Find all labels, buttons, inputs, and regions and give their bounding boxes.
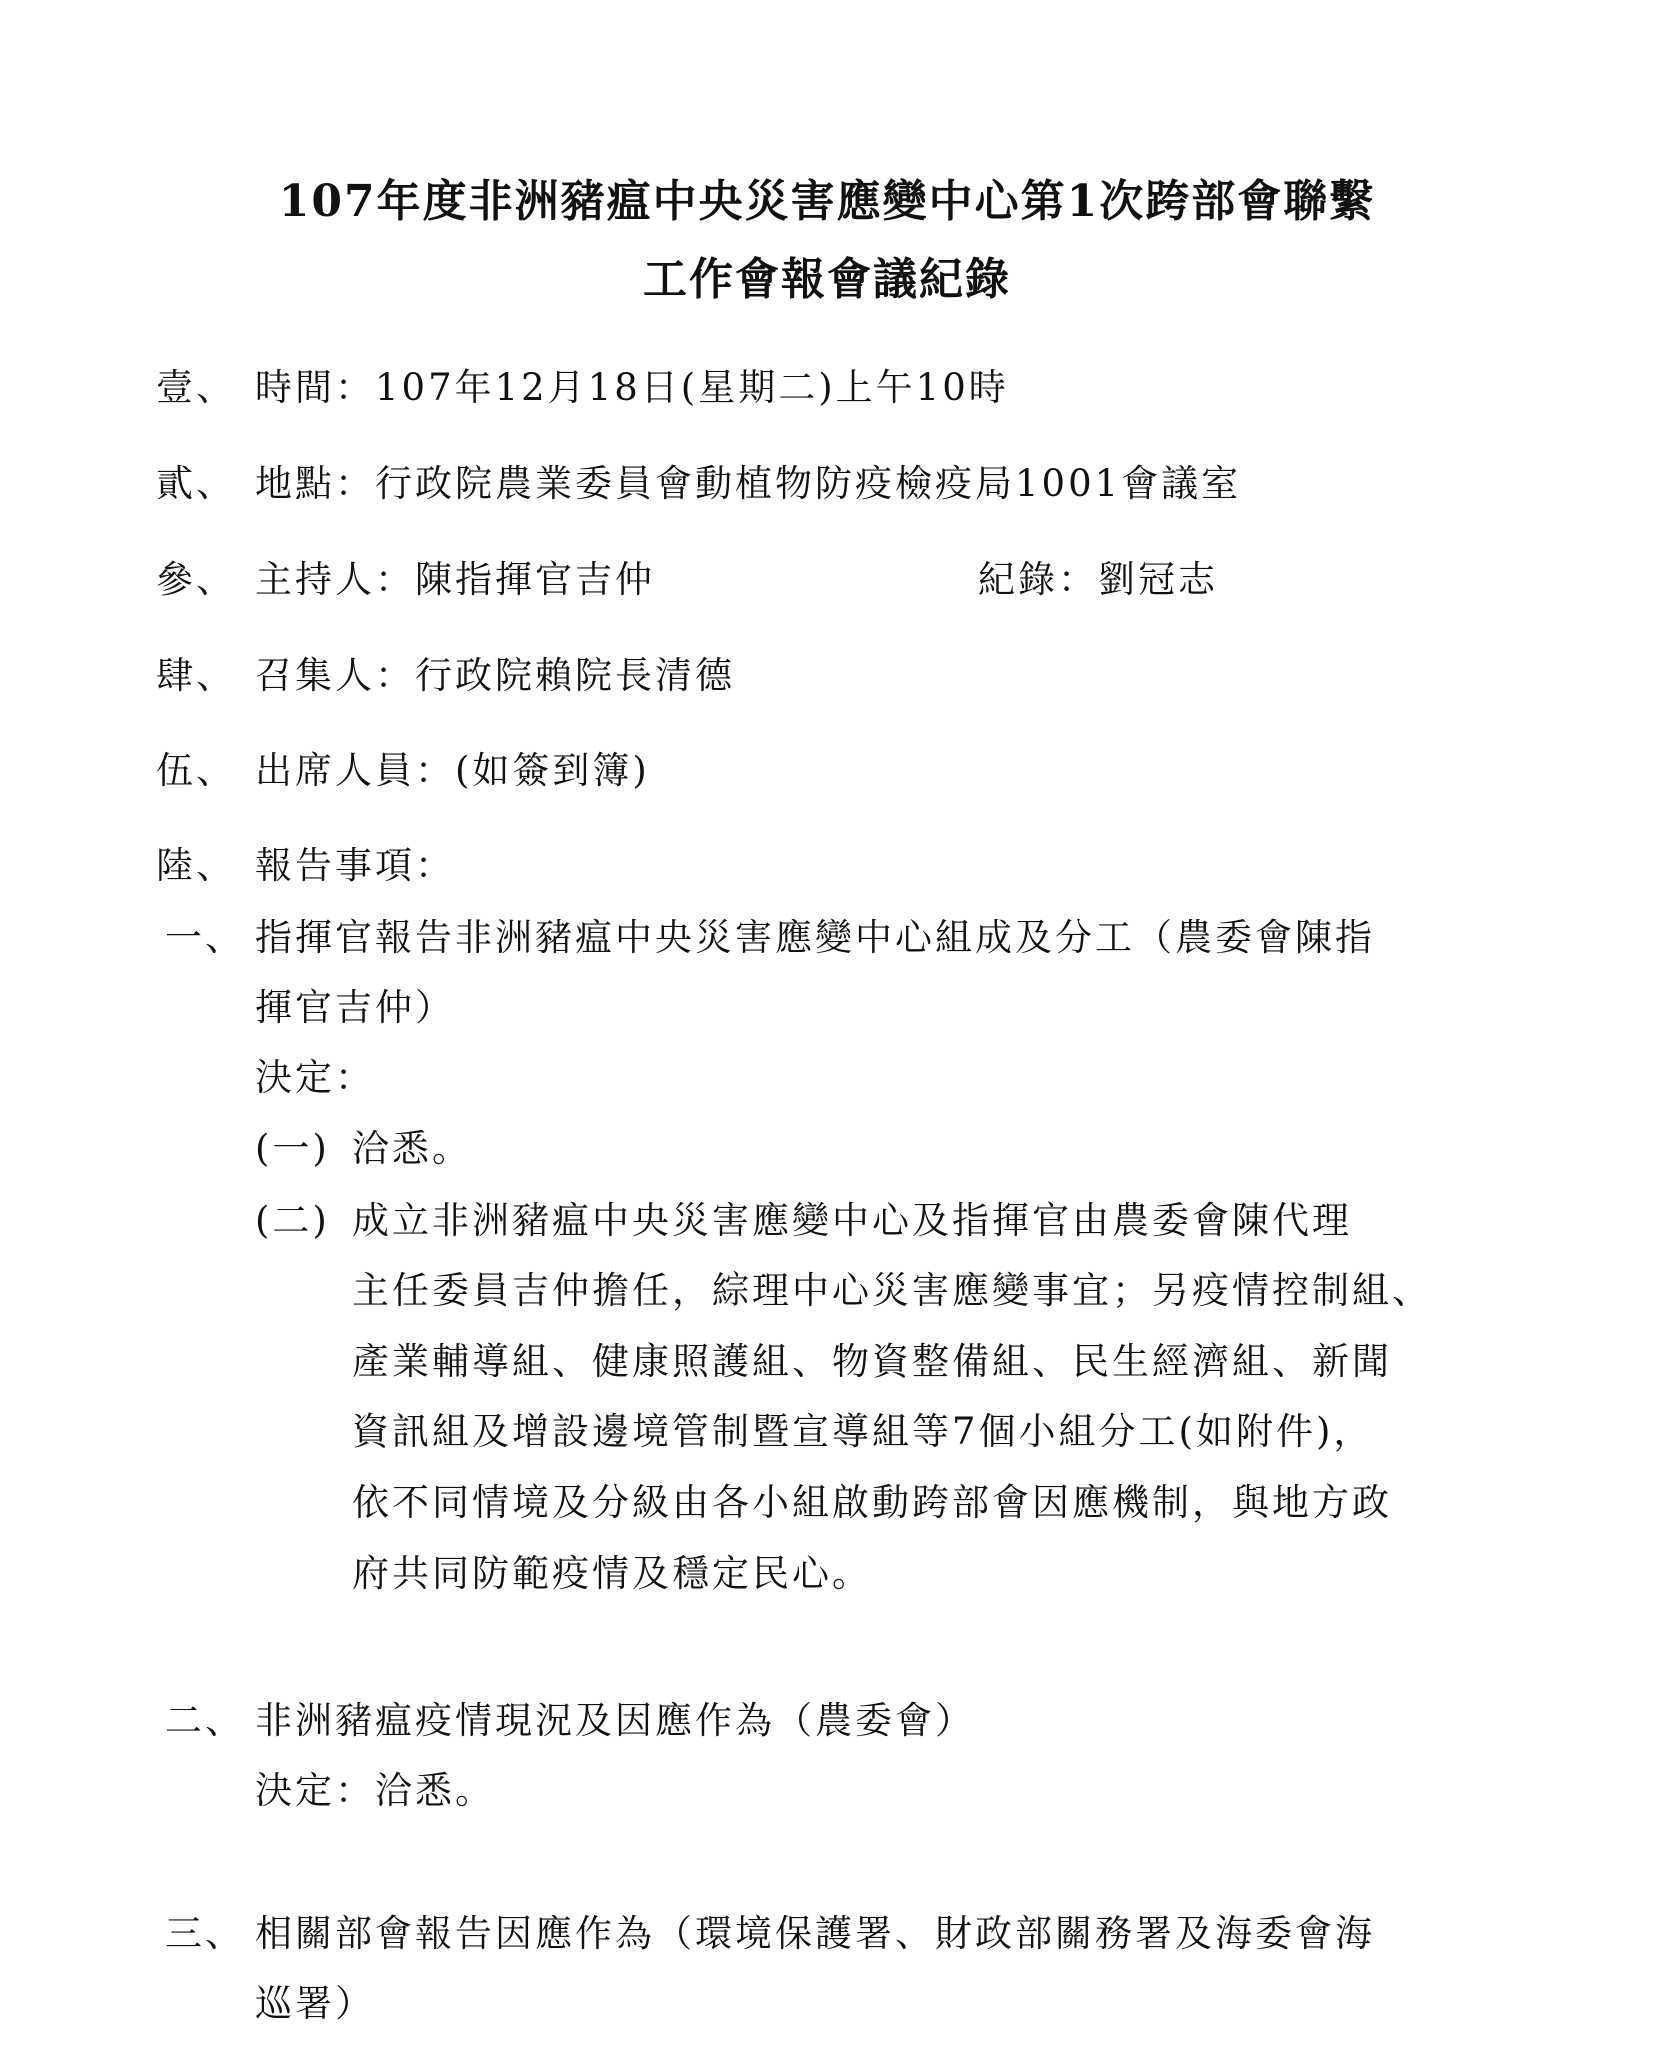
document-title-line2: 工作會報會議紀錄 [0,258,1654,302]
field-text: 時間：107年12月18日(星期二)上午10時 [255,366,1009,410]
field-recorder: 紀錄：劉冠志 [978,558,1218,602]
field-text: 出席人員：(如簽到簿) [255,749,650,793]
decision-text: 府共同防範疫情及穩定民心。 [352,1552,872,1596]
field-number: 參、 [156,558,236,602]
item-text: 非洲豬瘟疫情現況及因應作為（農委會） [255,1699,975,1743]
item-number: 二、 [165,1699,245,1743]
field-text: 召集人：行政院賴院長清德 [255,654,735,698]
item-text: 指揮官報告非洲豬瘟中央災害應變中心組成及分工（農委會陳指 [255,916,1375,960]
decision-text: 成立非洲豬瘟中央災害應變中心及指揮官由農委會陳代理 [352,1199,1352,1243]
decision-number: (一) [255,1127,330,1171]
field-text: 主持人：陳指揮官吉仲 [255,558,655,602]
decision-text: 決定：洽悉。 [255,1769,495,1813]
decision-number: (二) [255,1199,330,1243]
item-text: 巡署） [255,1982,375,2026]
document-title-line1: 107年度非洲豬瘟中央災害應變中心第1次跨部會聯繫 [0,180,1654,224]
item-number: 三、 [165,1912,245,1956]
field-number: 壹、 [156,366,236,410]
field-text: 地點：行政院農業委員會動植物防疫檢疫局1001會議室 [255,462,1241,506]
decision-text: 主任委員吉仲擔任，綜理中心災害應變事宜；另疫情控制組、 [352,1269,1432,1313]
item-number: 一、 [165,916,245,960]
decision-text: 資訊組及增設邊境管制暨宣導組等7個小組分工(如附件)， [352,1410,1373,1454]
field-text: 報告事項： [255,844,455,888]
field-number: 陸、 [156,844,236,888]
field-number: 肆、 [156,654,236,698]
decision-label: 決定： [255,1056,375,1100]
decision-text: 產業輔導組、健康照護組、物資整備組、民生經濟組、新聞 [352,1340,1392,1384]
field-number: 伍、 [156,749,236,793]
field-number: 貳、 [156,462,236,506]
decision-text: 依不同情境及分級由各小組啟動跨部會因應機制，與地方政 [352,1481,1392,1525]
item-text: 揮官吉仲） [255,986,455,1030]
item-text: 相關部會報告因應作為（環境保護署、財政部關務署及海委會海 [255,1912,1375,1956]
decision-text: 洽悉。 [352,1127,472,1171]
